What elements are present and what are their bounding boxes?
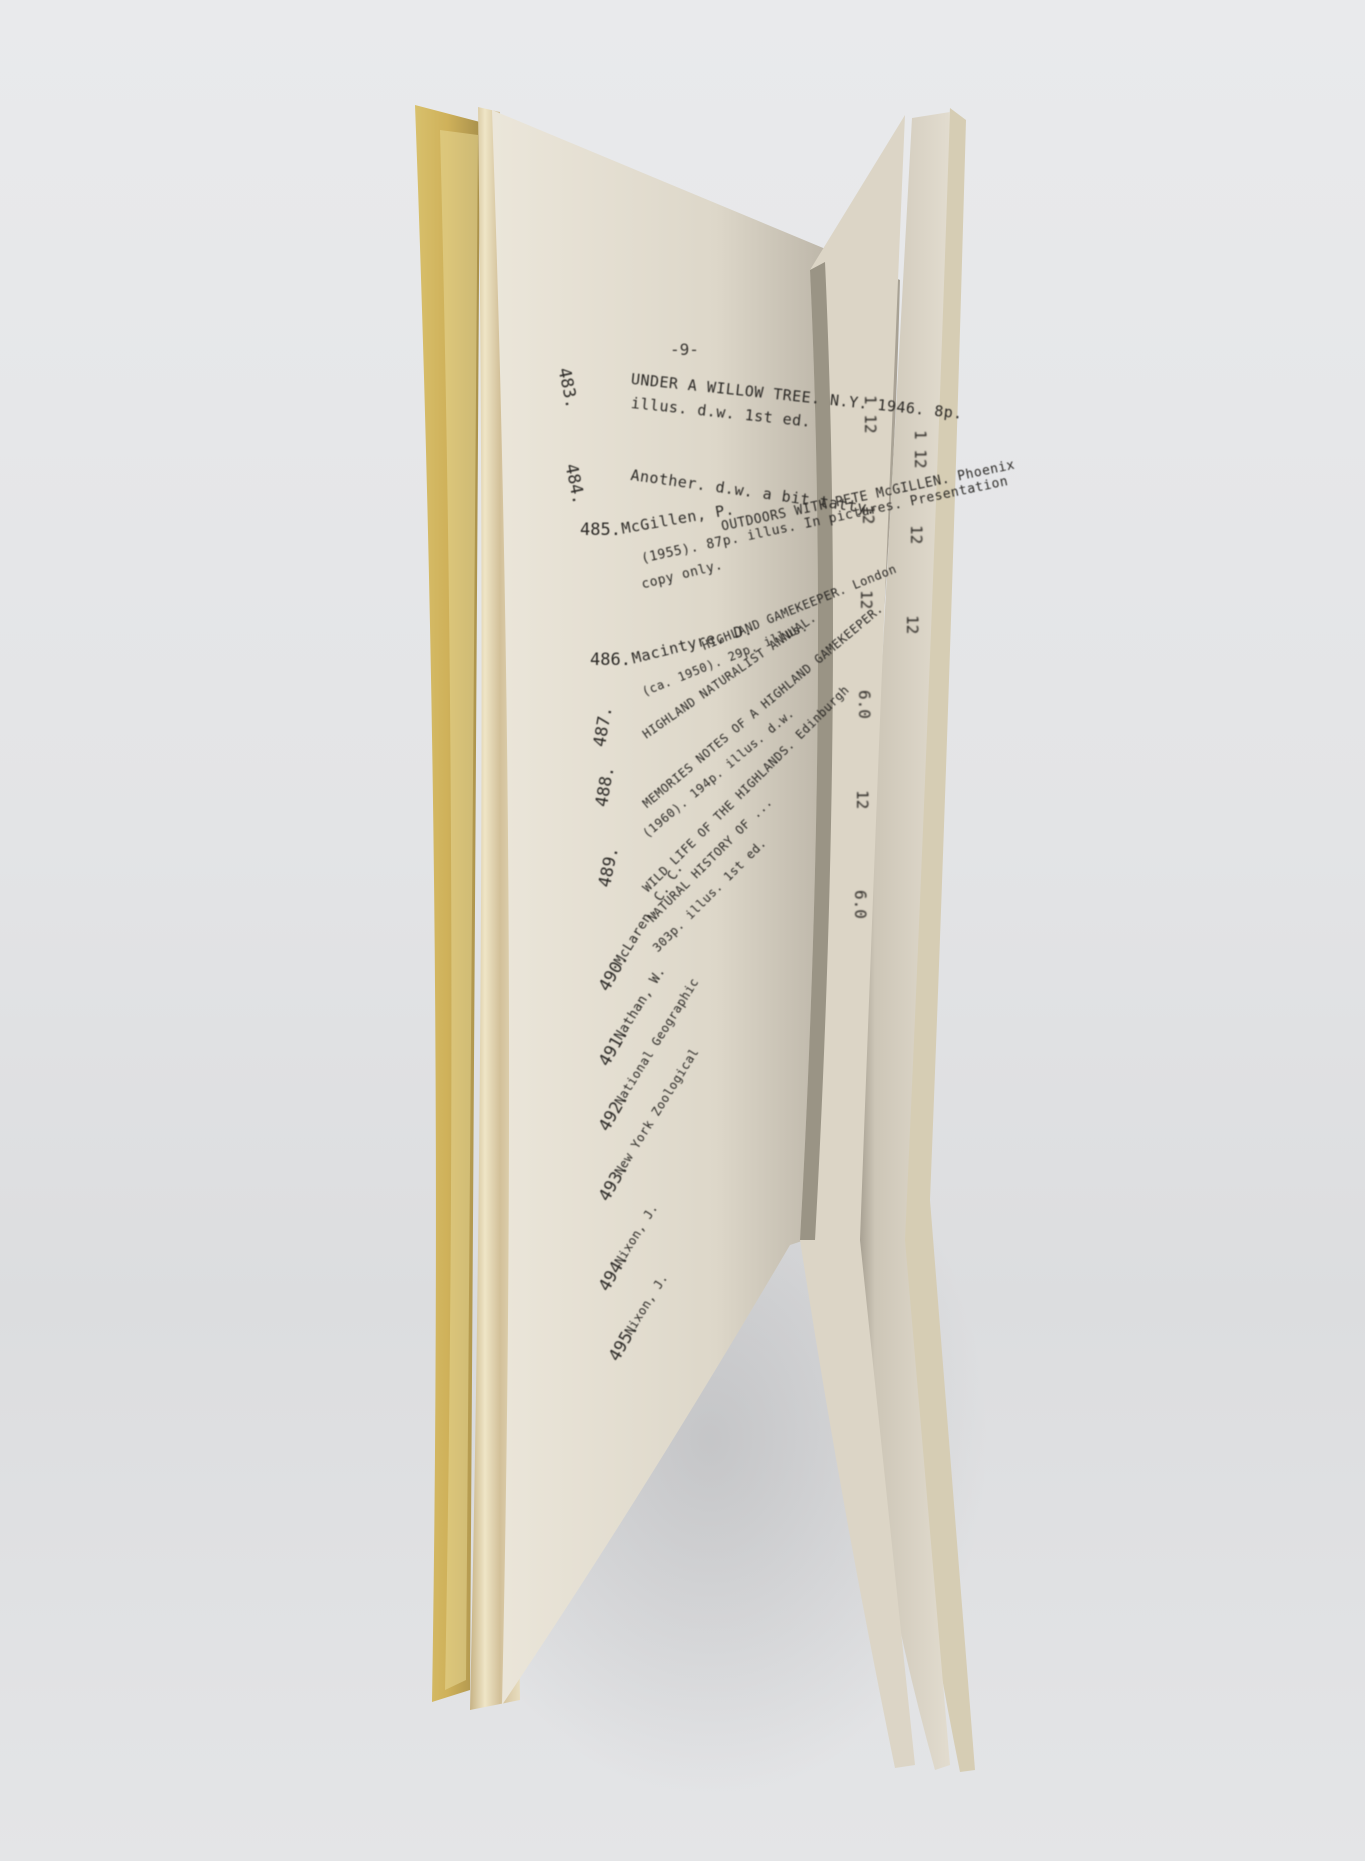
price: 12 bbox=[853, 790, 872, 809]
price: 12 bbox=[859, 505, 878, 524]
price: 6.0 bbox=[851, 890, 870, 919]
price: 12 bbox=[857, 590, 876, 609]
page-folio: -9- bbox=[670, 340, 699, 359]
photo-scene: -9- 483. UNDER A WILLOW TREE. N.Y. 1946.… bbox=[0, 0, 1365, 1861]
back-price: 12 bbox=[907, 525, 926, 544]
back-price: 1 12 bbox=[911, 430, 930, 469]
price: 6.0 bbox=[855, 690, 874, 719]
back-price: 12 bbox=[903, 615, 922, 634]
entry-number: 486. bbox=[590, 650, 631, 670]
entry-number: 485. bbox=[580, 520, 621, 540]
price: 1 12 bbox=[861, 395, 880, 434]
